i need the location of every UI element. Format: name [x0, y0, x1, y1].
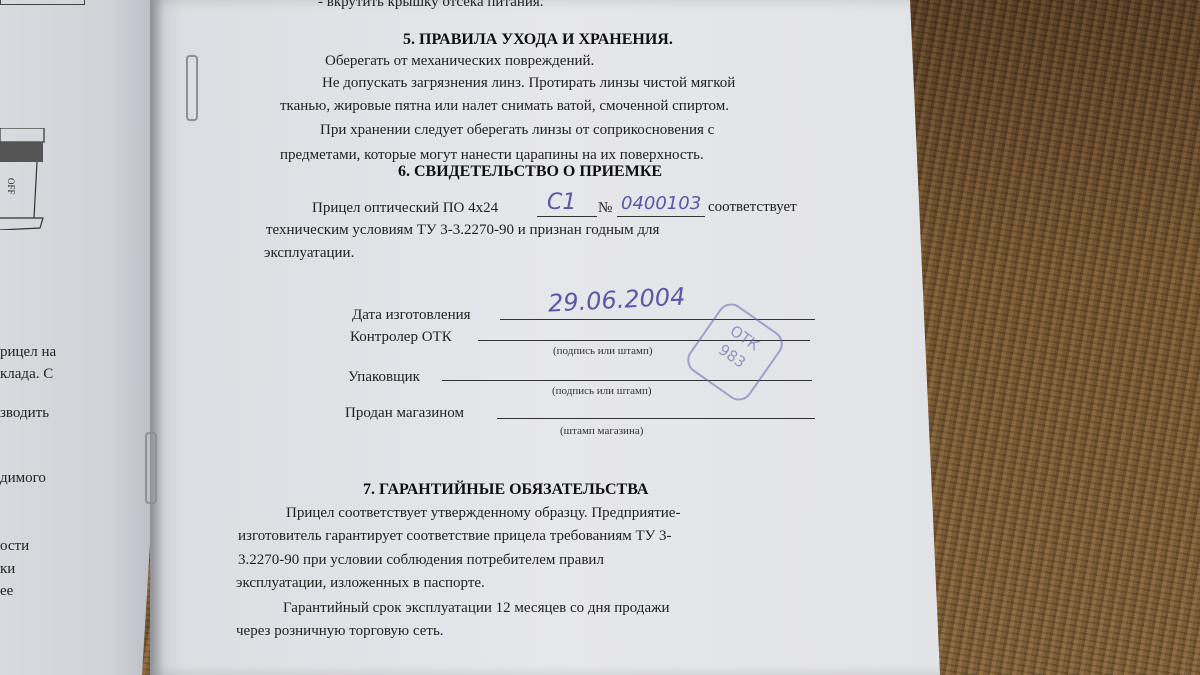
section-7-title: 7. ГАРАНТИЙНЫЕ ОБЯЗАТЕЛЬСТВА — [363, 481, 648, 499]
section-7-line: 3.2270-90 при условии соблюдения потреби… — [238, 552, 604, 569]
section-5-line: При хранении следует оберегать линзы от … — [320, 122, 714, 139]
section-6-line: эксплуатации. — [264, 245, 354, 262]
section-5-line: тканью, жировые пятна или налет снимать … — [280, 98, 729, 115]
left-page: OFF рицел на клада. С зводить димого ост… — [0, 0, 158, 675]
manufacture-date-line — [500, 319, 815, 320]
scope-model-label: Прицел оптический ПО 4х24 — [312, 200, 498, 217]
left-fragment: ости — [0, 538, 29, 555]
sold-by-store-caption: (штамп магазина) — [560, 425, 643, 437]
left-fragment: ки — [0, 561, 15, 578]
section-7-line: Прицел соответствует утвержденному образ… — [286, 505, 680, 522]
section-7-line: изготовитель гарантирует соответствие пр… — [238, 528, 672, 545]
manufacture-date-label: Дата изготовления — [352, 307, 471, 324]
left-fragment: зводить — [0, 405, 49, 422]
left-fragment: ее — [0, 583, 13, 600]
section-7-line: эксплуатации, изложенных в паспорте. — [236, 575, 485, 592]
model-handwritten: С1 — [547, 190, 576, 215]
section-6-title: 6. СВИДЕТЕЛЬСТВО О ПРИЕМКЕ — [398, 163, 662, 181]
qc-inspector-label: Контролер ОТК — [350, 329, 452, 346]
section-5-title: 5. ПРАВИЛА УХОДА И ХРАНЕНИЯ. — [403, 31, 673, 49]
left-fragment: димого — [0, 470, 46, 487]
staple-bottom — [145, 432, 157, 504]
section-5-line: Оберегать от механических повреждений. — [325, 53, 594, 70]
section-5-line: Не допускать загрязнения линз. Протирать… — [322, 75, 735, 92]
qc-inspector-caption: (подпись или штамп) — [553, 345, 653, 357]
top-fragment: - вкрутить крышку отсека питания. — [318, 0, 544, 11]
sold-by-store-label: Продан магазином — [345, 405, 464, 422]
switch-diagram: OFF — [0, 128, 45, 230]
packer-caption: (подпись или штамп) — [552, 385, 652, 397]
model-blank-line — [537, 216, 597, 217]
section-6-line: техническим условиям ТУ 3-3.2270-90 и пр… — [266, 222, 659, 239]
top-figure-edge — [0, 0, 85, 5]
sold-by-store-line — [497, 418, 815, 419]
section-5-line: предметами, которые могут нанести царапи… — [280, 147, 704, 164]
left-fragment: рицел на — [0, 344, 56, 361]
left-fragment: клада. С — [0, 366, 53, 383]
diagram-label: OFF — [6, 178, 16, 195]
spine-shadow — [150, 0, 164, 675]
serial-blank-line — [617, 216, 705, 217]
packer-label: Упаковщик — [348, 369, 420, 386]
section-7-line: Гарантийный срок эксплуатации 12 месяцев… — [283, 600, 670, 617]
serial-handwritten: 0400103 — [621, 193, 701, 214]
conformity-text: соответствует — [708, 199, 797, 216]
section-7-line: через розничную торговую сеть. — [236, 623, 444, 640]
staple-top — [186, 55, 198, 121]
serial-number-sign: № — [598, 200, 612, 217]
